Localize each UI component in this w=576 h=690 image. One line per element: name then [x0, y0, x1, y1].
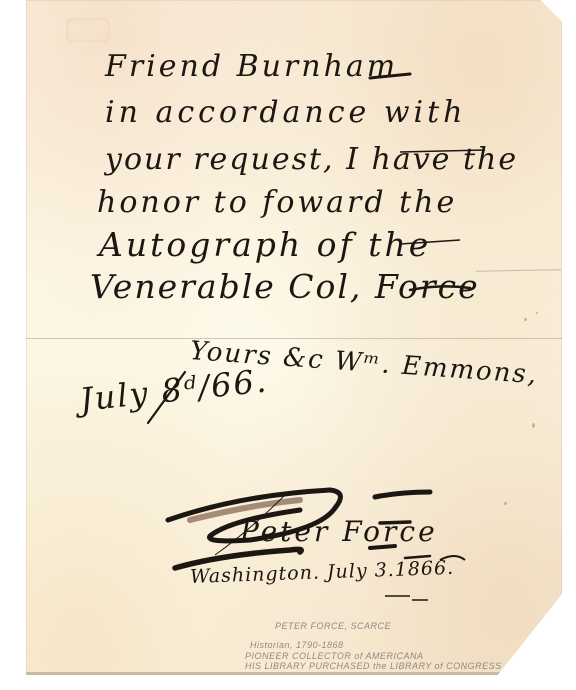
- signature-name: Peter Force: [240, 518, 438, 546]
- archival-note-line: HIS LIBRARY PURCHASED the LIBRARY of CON…: [245, 661, 502, 671]
- letter-line: honor to foward the: [97, 188, 457, 218]
- fold-line: [26, 338, 562, 339]
- ink-stain: [524, 318, 527, 321]
- archival-note-line: PETER FORCE, SCARCE: [275, 621, 391, 631]
- paper-emboss-mark: [66, 18, 110, 42]
- letter-line: Venerable Col, Force: [90, 270, 480, 303]
- archival-note-line: PIONEER COLLECTOR of AMERICANA: [245, 651, 424, 661]
- letter-line: Autograph of the: [99, 228, 431, 261]
- ink-stain: [504, 502, 507, 505]
- letter-line: your request, I have the: [105, 145, 518, 175]
- ink-stain: [532, 423, 535, 428]
- paper-crease: [476, 269, 561, 271]
- letter-line-salutation: Friend Burnham: [105, 52, 398, 82]
- ink-stain: [536, 312, 538, 314]
- archival-note-line: Historian, 1790-1868: [250, 640, 344, 650]
- letter-line: in accordance with: [105, 98, 467, 128]
